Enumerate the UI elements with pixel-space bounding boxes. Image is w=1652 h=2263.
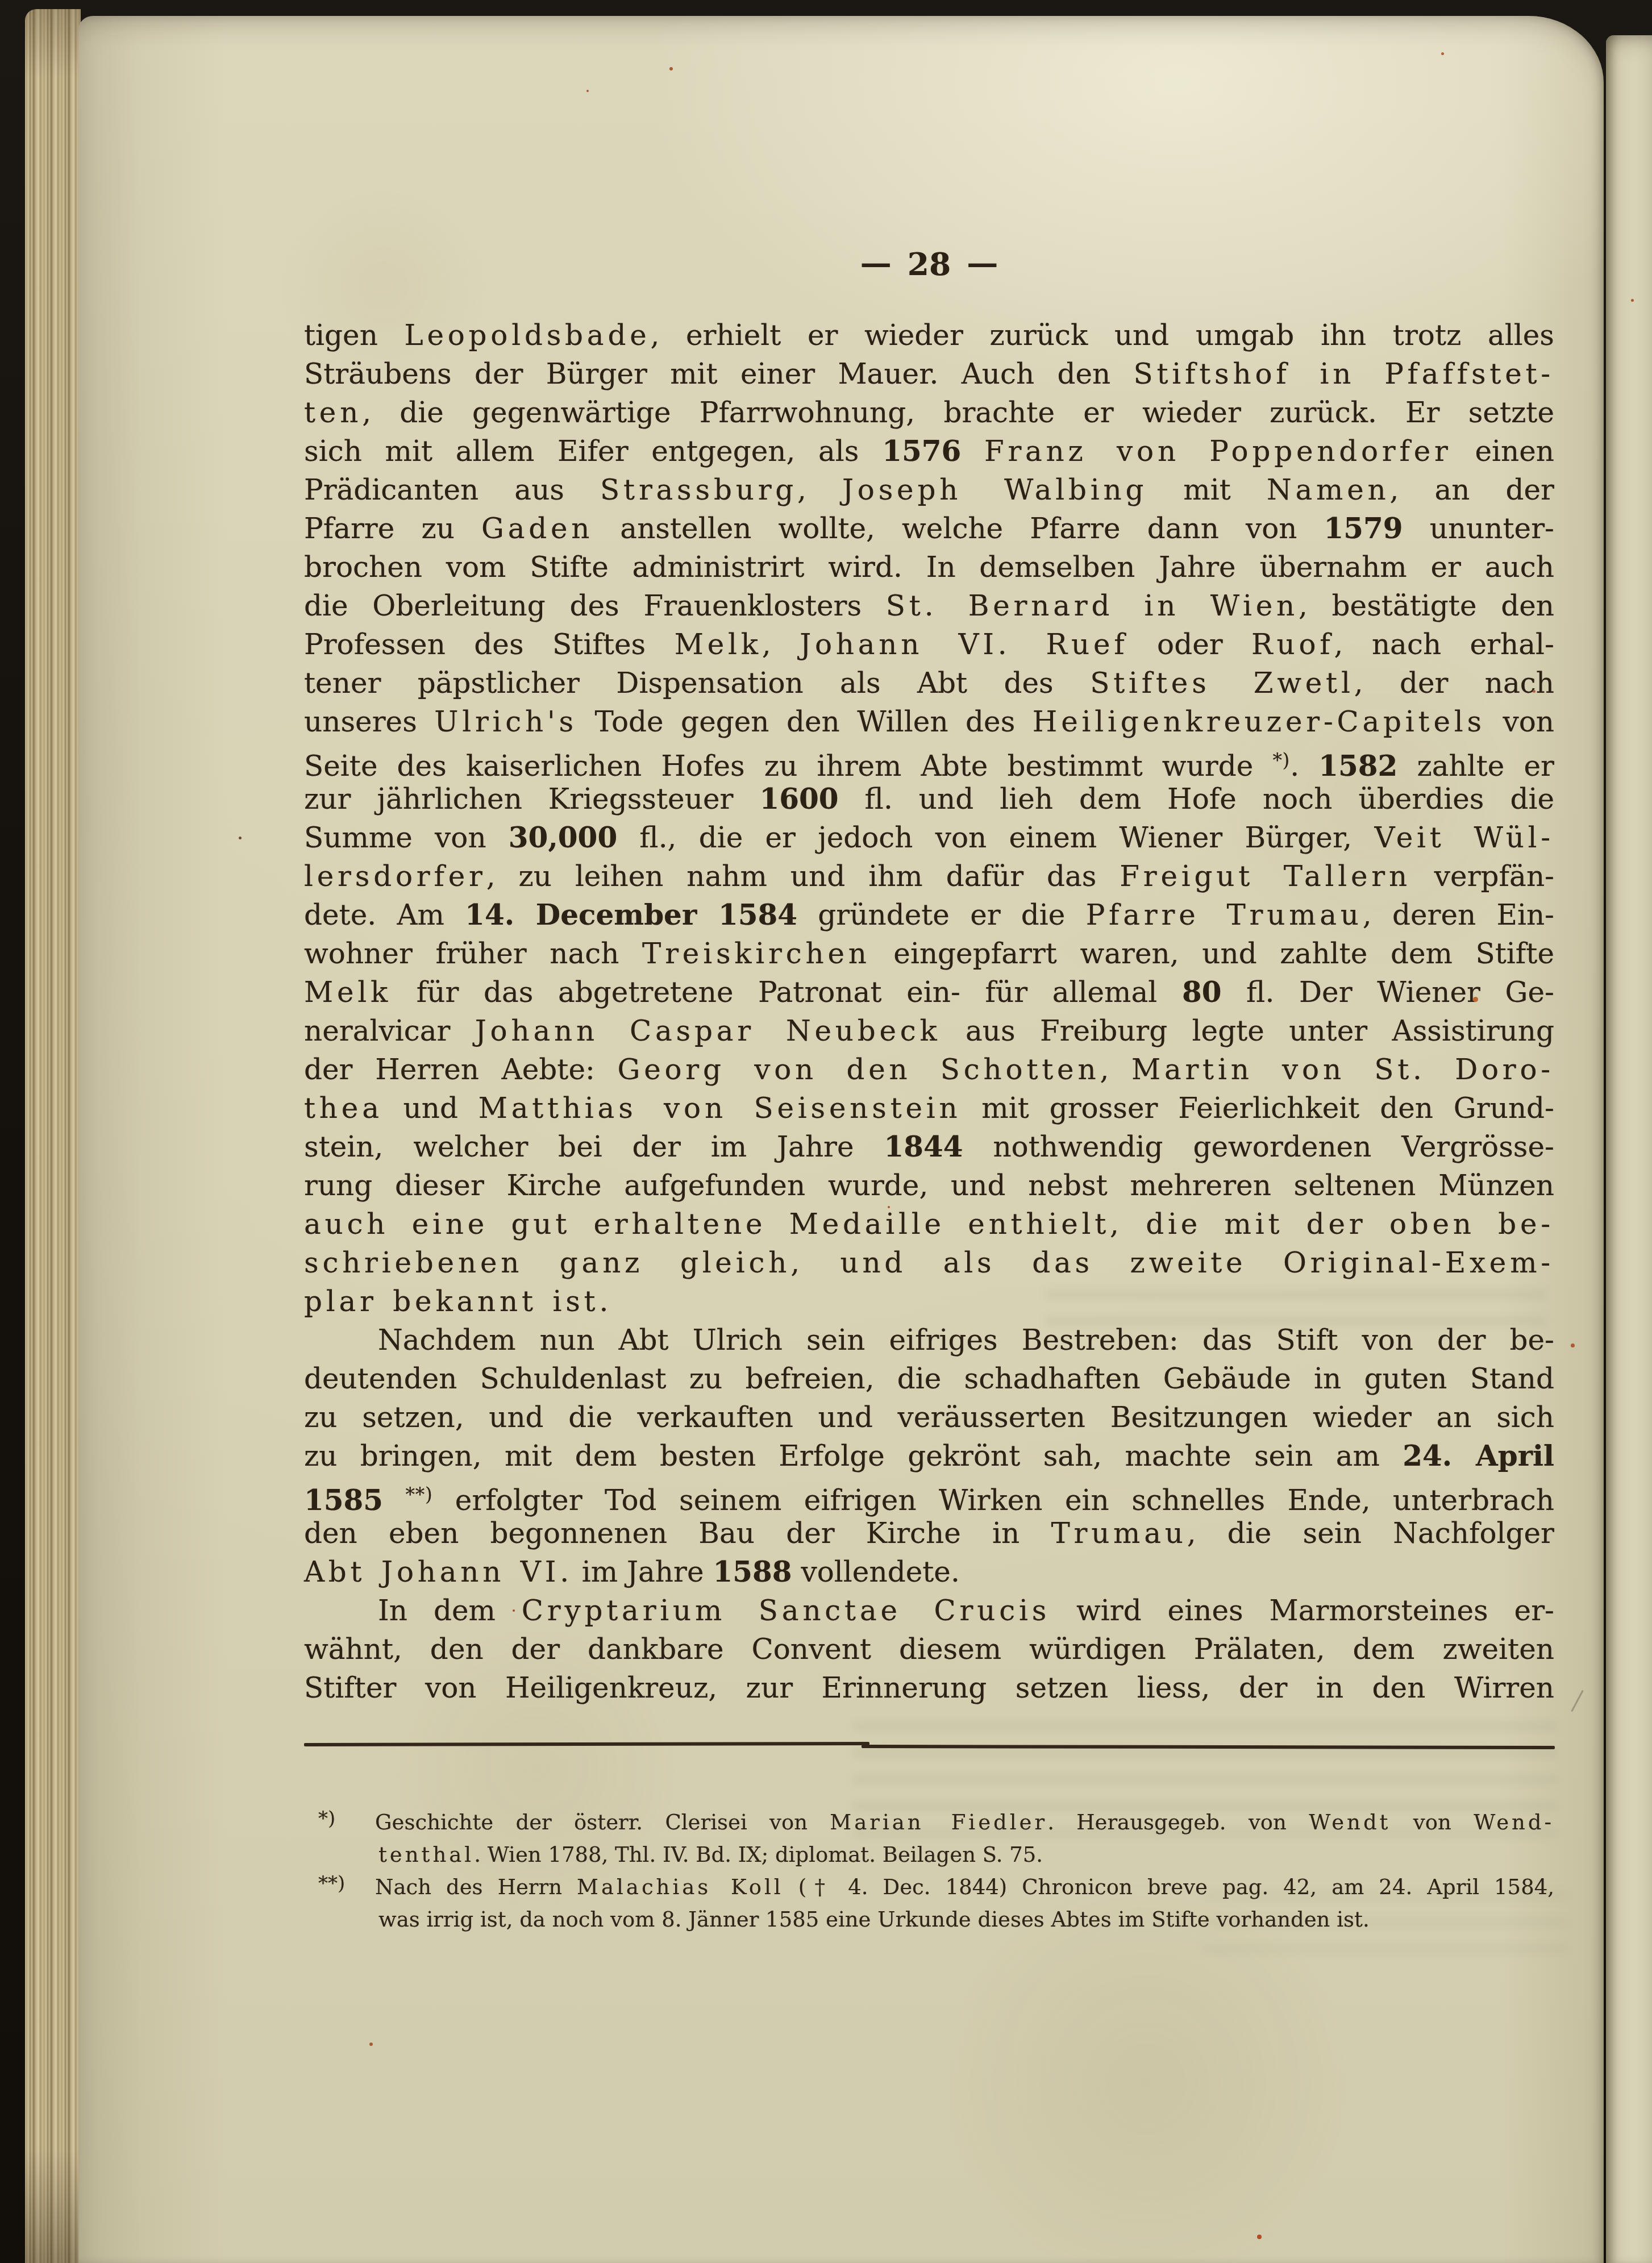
emphasized-name: Malachias Koll <box>577 1875 784 1899</box>
text-segment: . Herausgegeb. von <box>1047 1810 1309 1834</box>
emphasized-name: plar bekannt ist. <box>304 1285 612 1318</box>
paragraph: Nachdem nun Abt Ulrich sein eifriges Bes… <box>304 1321 1554 1591</box>
text-line: lersdorfer, zu leihen nahm und ihm dafür… <box>304 857 1554 896</box>
emphasized-name: Ruof <box>1251 628 1334 661</box>
text-segment: wähnt, den der dankbare Convent diesem w… <box>304 1633 1554 1666</box>
text-segment: wohner früher nach <box>304 937 642 970</box>
emphasized-name: schriebenen ganz gleich, und als das zwe… <box>304 1246 1554 1279</box>
text-segment: oder <box>1129 628 1252 661</box>
text-segment <box>383 1484 405 1517</box>
text-line: Melk für das abgetretene Patronat ein- f… <box>304 973 1554 1012</box>
footnotes: *)Geschichte der österr. Clerisei von Ma… <box>318 1806 1554 1936</box>
emphasized-name: Freigut Tallern <box>1120 860 1411 893</box>
text-segment: , <box>1100 1053 1131 1086</box>
bold-number: 1585 <box>304 1483 383 1517</box>
footnote: *)Geschichte der österr. Clerisei von Ma… <box>318 1806 1554 1871</box>
foxing-speck <box>1257 2235 1262 2239</box>
text-segment: der Herren Aebte: <box>304 1053 617 1086</box>
text-line: tigen Leopoldsbade, erhielt er wieder zu… <box>304 316 1554 355</box>
text-segment: fl. Der Wiener Ge- <box>1221 976 1554 1009</box>
bold-number: 1582 <box>1318 749 1397 783</box>
emphasized-name: Treiskirchen <box>642 937 871 970</box>
emphasized-name: Cryptarium Sanctae Crucis <box>522 1594 1050 1627</box>
emphasized-name: Marian Fiedler <box>830 1810 1047 1834</box>
text-line: wohner früher nach Treiskirchen eingepfa… <box>304 934 1554 973</box>
header-dash-right: — <box>967 244 998 281</box>
bold-number: 1576 <box>882 434 961 468</box>
scanned-book-photo: { "document": { "page_number": "28", "he… <box>0 0 1652 2263</box>
bold-number: 1588 <box>713 1555 792 1588</box>
emphasized-name: Martin von St. Doro- <box>1131 1053 1554 1086</box>
text-line: sich mit allem Eifer entgegen, als 1576 … <box>304 432 1554 471</box>
text-segment: erfolgter Tod seinem eifrigen Wirken ein… <box>432 1484 1554 1517</box>
text-line: Prädicanten aus Strassburg, Joseph Walbi… <box>304 471 1554 509</box>
footnote-line: was irrig ist, da noch vom 8. Jänner 158… <box>318 1903 1554 1936</box>
page-number: 28 <box>908 246 951 282</box>
text-segment: Sträubens der Bürger mit einer Mauer. Au… <box>304 357 1133 390</box>
text-segment: Professen des Stiftes <box>304 628 675 661</box>
text-line: Summe von 30,000 fl., die er jedoch von … <box>304 818 1554 857</box>
text-line: stein, welcher bei der im Jahre 1844 not… <box>304 1128 1554 1166</box>
foxing-speck <box>239 837 242 839</box>
text-line: schriebenen ganz gleich, und als das zwe… <box>304 1243 1554 1282</box>
text-line: der Herren Aebte: Georg von den Schotten… <box>304 1050 1554 1089</box>
text-segment: Seite des kaiserlichen Hofes zu ihrem Ab… <box>304 750 1272 783</box>
bold-number: 1844 <box>884 1130 963 1163</box>
paragraph: tigen Leopoldsbade, erhielt er wieder zu… <box>304 316 1554 1321</box>
emphasized-name: Ulrich's <box>434 705 577 738</box>
text-segment: , zu leihen nahm und ihm dafür das <box>486 860 1120 893</box>
text-segment: nothwendig gewordenen Vergrösse- <box>963 1130 1554 1163</box>
text-line: Abt Johann VI. im Jahre 1588 vollendete. <box>304 1553 1554 1591</box>
emphasized-name: Pfarre Trumau <box>1086 898 1363 931</box>
foxing-speck <box>1441 52 1444 55</box>
text-segment: verpfän- <box>1411 860 1554 893</box>
text-segment: deutenden Schuldenlast zu befreien, die … <box>304 1362 1554 1395</box>
text-segment: einen <box>1452 435 1554 468</box>
foxing-speck <box>1631 299 1634 302</box>
foxing-speck <box>1571 1343 1575 1347</box>
text-line: In dem Cryptarium Sanctae Crucis wird ei… <box>304 1591 1554 1630</box>
text-segment: ununter- <box>1403 512 1554 545</box>
text-line: neralvicar Johann Caspar Neubeck aus Fre… <box>304 1012 1554 1050</box>
text-segment: In dem <box>378 1594 522 1627</box>
text-segment: , <box>762 628 800 661</box>
text-line: brochen vom Stifte administrirt wird. In… <box>304 548 1554 586</box>
text-segment: zahlte er <box>1397 750 1554 783</box>
text-segment: , erhielt er wieder zurück und umgab ihn… <box>651 319 1554 352</box>
text-segment: , deren Ein- <box>1363 898 1554 931</box>
text-line: tener päpstlicher Dispensation als Abt d… <box>304 664 1554 702</box>
text-segment: den eben begonnenen Bau der Kirche in <box>304 1517 1051 1550</box>
text-segment: gründete er die <box>797 898 1085 931</box>
text-line: den eben begonnenen Bau der Kirche in Tr… <box>304 1514 1554 1553</box>
text-line: thea und Matthias von Seisenstein mit gr… <box>304 1089 1554 1128</box>
emphasized-name: Namen <box>1267 473 1390 506</box>
text-line: unseres Ulrich's Tode gegen den Willen d… <box>304 702 1554 741</box>
text-segment: Nachdem nun Abt Ulrich sein eifriges Bes… <box>378 1324 1554 1357</box>
text-segment: , die sein Nachfolger <box>1187 1517 1554 1550</box>
paragraph: In dem Cryptarium Sanctae Crucis wird ei… <box>304 1591 1554 1707</box>
text-segment: Geschichte der österr. Clerisei von <box>375 1810 830 1834</box>
emphasized-name: Trumau <box>1051 1517 1187 1550</box>
emphasized-name: Stiftshof in Pfaffstet- <box>1133 357 1554 390</box>
text-segment: , bestätigte den <box>1299 589 1554 622</box>
text-segment: anstellen wollte, welche Pfarre dann von <box>593 512 1324 545</box>
text-segment: fl. und lieh dem Hofe noch überdies die <box>839 783 1554 816</box>
text-line: zur jährlichen Kriegssteuer 1600 fl. und… <box>304 780 1554 818</box>
emphasized-name: Leopoldsbade <box>404 319 650 352</box>
page-stack-edge <box>25 9 81 2263</box>
text-line: auch eine gut erhaltene Medaille enthiel… <box>304 1205 1554 1243</box>
text-segment: , der nach <box>1354 667 1554 700</box>
text-segment: aus Freiburg legte unter Assistirung <box>941 1014 1554 1047</box>
pencil-mark <box>1571 1690 1583 1712</box>
text-segment: zu setzen, und die verkauften und veräus… <box>304 1401 1554 1434</box>
text-line: Seite des kaiserlichen Hofes zu ihrem Ab… <box>304 741 1554 780</box>
text-segment: tigen <box>304 319 404 352</box>
emphasized-name: Johann VI. Ruef <box>800 628 1128 661</box>
text-segment: brochen vom Stifte administrirt wird. In… <box>304 551 1554 584</box>
emphasized-name: Georg von den Schotten <box>617 1053 1100 1086</box>
text-segment: zur jährlichen Kriegssteuer <box>304 783 759 816</box>
text-segment: stein, welcher bei der im Jahre <box>304 1130 884 1163</box>
text-segment: mit <box>1147 473 1267 506</box>
text-segment: tener päpstlicher Dispensation als Abt d… <box>304 667 1090 700</box>
text-line: zu bringen, mit dem besten Erfolge gekrö… <box>304 1437 1554 1475</box>
footnote-line: tenthal. Wien 1788, Thl. IV. Bd. IX; dip… <box>318 1838 1554 1871</box>
text-segment: , an der <box>1389 473 1554 506</box>
text-segment: fl., die er jedoch von einem Wiener Bürg… <box>617 821 1374 854</box>
text-segment: . Wien 1788, Thl. IV. Bd. IX; diplomat. … <box>474 1842 1043 1867</box>
emphasized-name: Johann Caspar Neubeck <box>475 1014 941 1047</box>
bold-number: 80 <box>1182 975 1222 1009</box>
footnote-line: **)Nach des Herrn Malachias Koll († 4. D… <box>318 1871 1554 1903</box>
text-segment: im Jahre <box>573 1555 713 1588</box>
bold-number: 24. April <box>1403 1439 1554 1472</box>
text-segment: Pfarre zu <box>304 512 481 545</box>
emphasized-name: thea <box>304 1092 383 1125</box>
text-segment: Tode gegen den Willen des <box>577 705 1033 738</box>
text-segment: zu bringen, mit dem besten Erfolge gekrö… <box>304 1440 1403 1472</box>
foxing-speck <box>669 67 673 70</box>
footnote-reference: **) <box>406 1483 433 1505</box>
text-segment: vollendete. <box>792 1555 960 1588</box>
footnote: **)Nach des Herrn Malachias Koll († 4. D… <box>318 1871 1554 1936</box>
text-segment: mit grosser Feierlichkeit den Grund- <box>962 1092 1554 1125</box>
emphasized-name: lersdorfer <box>304 860 486 893</box>
emphasized-name: Matthias von Seisenstein <box>478 1092 962 1125</box>
emphasized-name: Stiftes Zwetl <box>1090 667 1354 700</box>
text-segment: von <box>1485 705 1554 738</box>
text-segment: und <box>383 1092 478 1125</box>
text-line: deutenden Schuldenlast zu befreien, die … <box>304 1359 1554 1398</box>
text-segment: unseres <box>304 705 434 738</box>
footnote-marker: **) <box>318 1867 375 1900</box>
text-segment: , nach erhal- <box>1334 628 1554 661</box>
text-segment: wird eines Marmorsteines er- <box>1050 1594 1554 1627</box>
text-line: zu setzen, und die verkauften und veräus… <box>304 1398 1554 1437</box>
emphasized-name: Melk <box>304 976 392 1009</box>
emphasized-name: tenthal <box>378 1842 474 1867</box>
text-line: 1585 **) erfolgter Tod seinem eifrigen W… <box>304 1475 1554 1514</box>
foxing-speck <box>369 2042 373 2046</box>
text-line: die Oberleitung des Frauenklosters St. B… <box>304 586 1554 625</box>
emphasized-name: Veit Wül- <box>1374 821 1554 854</box>
page-header: —28— <box>304 246 1554 286</box>
emphasized-name: Wend- <box>1474 1810 1554 1834</box>
text-segment: , <box>797 473 842 506</box>
text-line: rung dieser Kirche aufgefunden wurde, un… <box>304 1166 1554 1205</box>
text-line: dete. Am 14. December 1584 gründete er d… <box>304 896 1554 934</box>
bold-number: 1579 <box>1324 511 1403 545</box>
text-segment: neralvicar <box>304 1014 475 1047</box>
emphasized-name: Abt Johann VI. <box>304 1555 573 1588</box>
emphasized-name: ten <box>304 396 362 429</box>
text-line: Professen des Stiftes Melk, Johann VI. R… <box>304 625 1554 664</box>
footnote-line: *)Geschichte der österr. Clerisei von Ma… <box>318 1806 1554 1838</box>
text-line: wähnt, den der dankbare Convent diesem w… <box>304 1630 1554 1669</box>
header-dash-left: — <box>860 244 892 281</box>
text-segment: sich mit allem Eifer entgegen, als <box>304 435 882 468</box>
emphasized-name: Joseph Walbing <box>842 473 1147 506</box>
text-segment: von <box>1391 1810 1474 1834</box>
text-segment: dete. Am <box>304 898 465 931</box>
text-line: Sträubens der Bürger mit einer Mauer. Au… <box>304 355 1554 393</box>
emphasized-name: Heiligenkreuzer-Capitels <box>1033 705 1485 738</box>
text-segment <box>961 435 984 468</box>
main-text: tigen Leopoldsbade, erhielt er wieder zu… <box>304 316 1554 1707</box>
footnote-reference: *) <box>1272 749 1290 771</box>
text-segment: die Oberleitung des Frauenklosters <box>304 589 886 622</box>
text-segment: Stifter von Heiligenkreuz, zur Erinnerun… <box>304 1671 1554 1704</box>
emphasized-name: Wendt <box>1309 1810 1391 1834</box>
emphasized-name: Melk <box>675 628 762 661</box>
text-line: Stifter von Heiligenkreuz, zur Erinnerun… <box>304 1669 1554 1707</box>
text-segment: für das abgetretene Patronat ein- für al… <box>392 976 1182 1009</box>
text-segment: . <box>1290 750 1318 783</box>
emphasized-name: Gaden <box>481 512 593 545</box>
text-segment: Prädicanten aus <box>304 473 600 506</box>
text-segment: Summe von <box>304 821 509 854</box>
adjacent-page-edge <box>1606 35 1652 2263</box>
footnote-marker: *) <box>318 1803 375 1835</box>
footnote-separator <box>304 1742 869 1746</box>
bold-number: 1600 <box>759 782 838 816</box>
text-segment: rung dieser Kirche aufgefunden wurde, un… <box>304 1169 1554 1202</box>
text-segment: , die gegenwärtige Pfarrwohnung, brachte… <box>362 396 1554 429</box>
text-line: ten, die gegenwärtige Pfarrwohnung, brac… <box>304 393 1554 432</box>
emphasized-name: Franz von Poppendorfer <box>984 435 1452 468</box>
foxing-speck <box>586 90 589 92</box>
text-segment: († 4. Dec. 1844) Chronicon breve pag. 42… <box>784 1875 1554 1899</box>
book-page: —28— tigen Leopoldsbade, erhielt er wied… <box>78 16 1604 2263</box>
text-segment: Nach des Herrn <box>375 1875 577 1899</box>
footnote-separator <box>862 1745 1555 1749</box>
emphasized-name: auch eine gut erhaltene Medaille enthiel… <box>304 1208 1554 1241</box>
text-line: Pfarre zu Gaden anstellen wollte, welche… <box>304 509 1554 548</box>
bold-number: 14. December 1584 <box>465 898 797 931</box>
text-line: Nachdem nun Abt Ulrich sein eifriges Bes… <box>304 1321 1554 1359</box>
bold-number: 30,000 <box>509 821 617 854</box>
text-segment: eingepfarrt waren, und zahlte dem Stifte <box>871 937 1554 970</box>
text-segment: was irrig ist, da noch vom 8. Jänner 158… <box>378 1907 1370 1932</box>
emphasized-name: St. Bernard in Wien <box>886 589 1299 622</box>
text-line: plar bekannt ist. <box>304 1282 1554 1321</box>
emphasized-name: Strassburg <box>600 473 797 506</box>
